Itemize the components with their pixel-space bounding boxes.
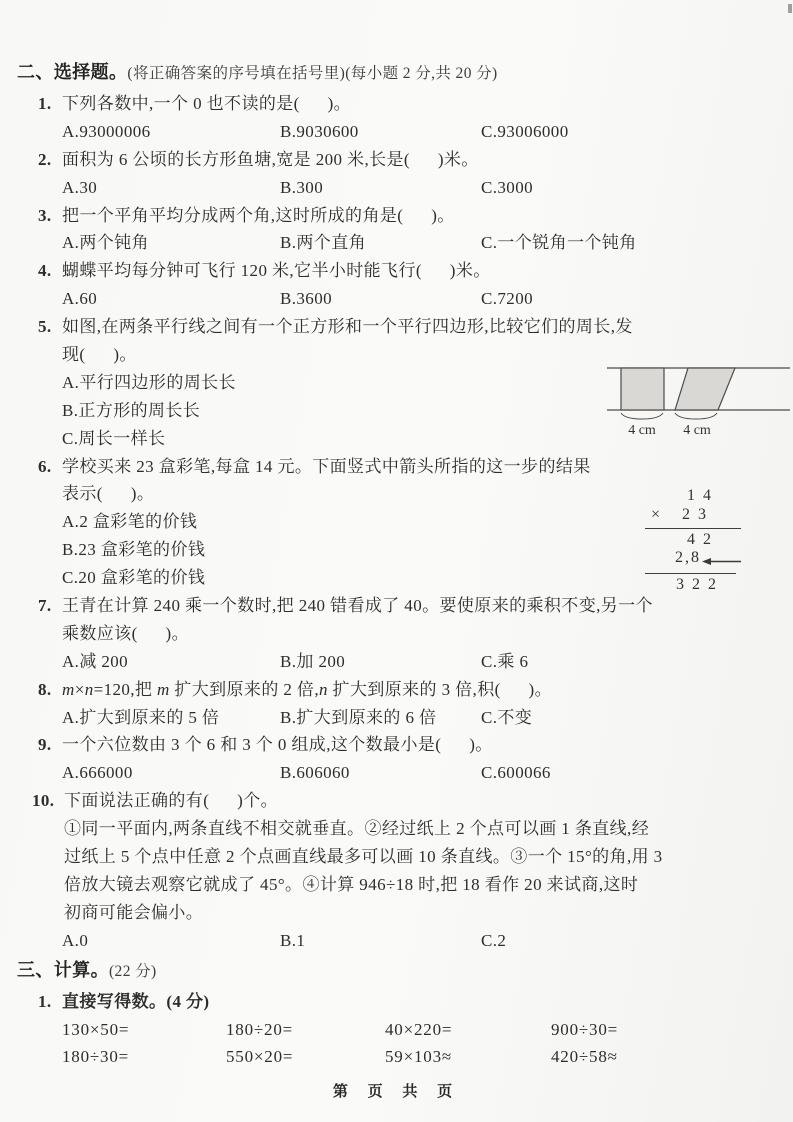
section-calc-title: 三、计算。(22 分) (0, 955, 793, 988)
product-row: 3 2 2 (676, 576, 718, 594)
partial-product-1: 4 2 (687, 531, 713, 549)
section-choice-heading: 二、选择题。 (17, 62, 127, 82)
option-c: C.乘 6 (481, 648, 528, 676)
question-1-number: 1. (38, 90, 62, 118)
partial-product-2: 2,8 (675, 549, 701, 567)
option-b: B.300 (280, 174, 323, 202)
parallelogram-base-label: 4 cm (683, 423, 711, 438)
question-8: 8.m×n=120,把 m 扩大到原来的 2 倍,n 扩大到原来的 3 倍,积(… (0, 676, 793, 704)
question-6-number: 6. (38, 453, 62, 481)
question-10-statements-line2: 过纸上 5 个点中任意 2 个点画直线最多可以画 10 条直线。③一个 15°的… (0, 843, 793, 871)
question-3-text: 把一个平角平均分成两个角,这时所成的角是( )。 (62, 206, 455, 225)
calc-subtitle: 1.直接写得数。(4 分) (0, 988, 793, 1016)
question-10: 10.下面说法正确的有( )个。 (0, 787, 793, 815)
option-b: B.两个直角 (280, 229, 366, 257)
option-c: C.一个锐角一个钝角 (481, 229, 637, 257)
question-10-text: 下面说法正确的有( )个。 (64, 791, 278, 810)
calc-subtitle-number: 1. (38, 988, 62, 1016)
option-b: B.1 (280, 927, 305, 955)
question-5-figure: 4 cm 4 cm (604, 356, 792, 440)
multiplier-row: ×2 3 (651, 506, 708, 524)
question-3-options: A.两个钝角B.两个直角C.一个锐角一个钝角 (0, 229, 793, 257)
question-4-options: A.60B.3600C.7200 (0, 285, 793, 313)
question-10-options: A.0B.1C.2 (0, 927, 793, 955)
question-9-options: A.666000B.606060C.600066 (0, 759, 793, 787)
multiplicand-row: 1 4 (687, 487, 713, 505)
times-sign: × (75, 680, 85, 699)
option-a: A.扩大到原来的 5 倍 (62, 708, 219, 727)
question-1-text: 下列各数中,一个 0 也不读的是( )。 (62, 94, 351, 113)
question-8-text: =120,把 (94, 680, 157, 699)
question-6: 6.学校买来 23 盒彩笔,每盒 14 元。下面竖式中箭头所指的这一步的结果 (0, 453, 793, 481)
parallelogram-base-brace (675, 413, 717, 419)
option-a: A.减 200 (62, 652, 128, 671)
section-choice-title: 二、选择题。(将正确答案的序号填在括号里)(每小题 2 分,共 20 分) (0, 57, 793, 90)
question-10-statements-line4: 初商可能会偏小。 (0, 899, 793, 927)
question-5: 5.如图,在两条平行线之间有一个正方形和一个平行四边形,比较它们的周长,发 (0, 313, 793, 341)
page-footer: 第 页 共 页 (0, 1080, 793, 1101)
option-c: C.93006000 (481, 118, 569, 146)
question-5-text-line1: 如图,在两条平行线之间有一个正方形和一个平行四边形,比较它们的周长,发 (62, 317, 633, 336)
option-a: A.0 (62, 931, 88, 950)
square-base-brace (621, 413, 663, 419)
rule-line (645, 573, 736, 574)
question-3-number: 3. (38, 202, 62, 230)
variable-m: m (157, 680, 170, 699)
variable-n: n (85, 680, 94, 699)
question-1-options: A.93000006B.9030600C.93006000 (0, 118, 793, 146)
question-7-options: A.减 200B.加 200C.乘 6 (0, 648, 793, 676)
section-calc-note: (22 分) (109, 963, 157, 980)
question-9-text: 一个六位数由 3 个 6 和 3 个 0 组成,这个数最小是( )。 (62, 735, 493, 754)
calc-expression: 180÷30= (62, 1047, 129, 1066)
calc-subtitle-text: 直接写得数。(4 分) (62, 992, 209, 1011)
option-b: B.加 200 (280, 648, 345, 676)
calc-row-2: 180÷30=550×20=59×103≈420÷58≈ (0, 1043, 793, 1071)
option-c: C.7200 (481, 285, 533, 313)
question-8-text: 扩大到原来的 2 倍, (170, 680, 319, 699)
option-b: B.9030600 (280, 118, 359, 146)
question-4: 4.蝴蝶平均每分钟可飞行 120 米,它半小时能飞行( )米。 (0, 257, 793, 285)
calc-expression: 180÷20= (226, 1016, 293, 1044)
calc-expression: 59×103≈ (385, 1043, 452, 1071)
vertical-multiplication: 1 4 ×2 3 4 2 2,8 3 2 2 (645, 487, 747, 599)
option-a: A.两个钝角 (62, 233, 149, 252)
calc-expression: 550×20= (226, 1043, 293, 1071)
question-3: 3.把一个平角平均分成两个角,这时所成的角是( )。 (0, 202, 793, 230)
question-9: 9.一个六位数由 3 个 6 和 3 个 0 组成,这个数最小是( )。 (0, 731, 793, 759)
question-8-text: 扩大到原来的 3 倍,积( )。 (328, 680, 552, 699)
option-a: A.60 (62, 289, 97, 308)
calc-expression: 420÷58≈ (551, 1043, 618, 1071)
section-choice-note: (将正确答案的序号填在括号里)(每小题 2 分,共 20 分) (127, 65, 497, 82)
rule-line (645, 528, 741, 529)
question-2: 2.面积为 6 公顷的长方形鱼塘,宽是 200 米,长是( )米。 (0, 146, 793, 174)
option-a: A.666000 (62, 763, 133, 782)
option-b: B.扩大到原来的 6 倍 (280, 704, 436, 732)
section-calc-heading: 三、计算。 (17, 960, 109, 980)
question-10-number: 10. (32, 787, 64, 815)
option-b: B.606060 (280, 759, 350, 787)
question-7-text-line2: 乘数应该( )。 (0, 620, 793, 648)
calc-expression: 40×220= (385, 1016, 452, 1044)
option-a: A.93000006 (62, 122, 151, 141)
question-4-text: 蝴蝶平均每分钟可飞行 120 米,它半小时能飞行( )米。 (62, 261, 491, 280)
question-8-number: 8. (38, 676, 62, 704)
question-2-text: 面积为 6 公顷的长方形鱼塘,宽是 200 米,长是( )米。 (62, 150, 479, 169)
option-c: C.600066 (481, 759, 551, 787)
multiplier-value: 2 3 (682, 506, 708, 523)
parallelogram-shape (675, 368, 735, 410)
question-6-text-line1: 学校买来 23 盒彩笔,每盒 14 元。下面竖式中箭头所指的这一步的结果 (62, 457, 591, 476)
square-base-label: 4 cm (628, 423, 656, 438)
exam-page: 二、选择题。(将正确答案的序号填在括号里)(每小题 2 分,共 20 分) 1.… (0, 0, 793, 1122)
question-10-statements-line1: ①同一平面内,两条直线不相交就垂直。②经过纸上 2 个点可以画 1 条直线,经 (0, 815, 793, 843)
question-1: 1.下列各数中,一个 0 也不读的是( )。 (0, 90, 793, 118)
option-a: A.30 (62, 178, 97, 197)
calc-expression: 130×50= (62, 1020, 129, 1039)
square-shape (621, 368, 664, 410)
option-b: B.3600 (280, 285, 332, 313)
question-9-number: 9. (38, 731, 62, 759)
calc-expression: 900÷30= (551, 1016, 618, 1044)
times-sign: × (651, 506, 682, 524)
option-c: C.不变 (481, 704, 532, 732)
question-2-number: 2. (38, 146, 62, 174)
question-4-number: 4. (38, 257, 62, 285)
question-2-options: A.30B.300C.3000 (0, 174, 793, 202)
calc-row-1: 130×50=180÷20=40×220=900÷30= (0, 1016, 793, 1044)
arrow-left-icon (702, 556, 742, 567)
variable-n: n (319, 680, 328, 699)
question-7-text-line1: 王青在计算 240 乘一个数时,把 240 错看成了 40。要使原来的乘积不变,… (62, 596, 653, 615)
question-8-options: A.扩大到原来的 5 倍B.扩大到原来的 6 倍C.不变 (0, 704, 793, 732)
question-5-number: 5. (38, 313, 62, 341)
question-10-statements-line3: 倍放大镜去观察它就成了 45°。④计算 946÷18 时,把 18 看作 20 … (0, 871, 793, 899)
question-7-number: 7. (38, 592, 62, 620)
option-c: C.2 (481, 927, 506, 955)
option-c: C.3000 (481, 174, 533, 202)
scan-artifact (788, 4, 792, 13)
variable-m: m (62, 680, 75, 699)
